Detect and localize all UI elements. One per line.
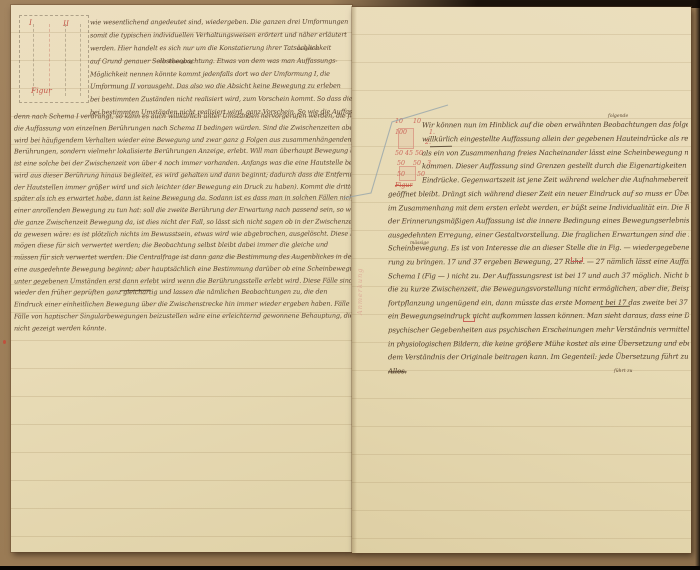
- handwritten-line: später als ich es erwartet habe, dann is…: [14, 193, 351, 206]
- manuscript-photo: I II Figur wie wesentlichend angedeutet …: [0, 0, 700, 570]
- handwritten-line: ein Bewegungseindruck nicht aufkommen la…: [388, 310, 689, 324]
- handwritten-line: dem Verständnis der Originale beitragen …: [388, 351, 689, 365]
- handwritten-line: der Erinnerungsmäßigen Auffassung ist di…: [388, 215, 689, 229]
- handwritten-line: geöffnet bleibt. Drängt sich während die…: [388, 188, 689, 202]
- handwritten-line: ist eine solche bei der Zwischenzeit von…: [14, 158, 351, 171]
- left-page-body-text: denn nach Schema I verdrängt, so kann es…: [14, 111, 351, 334]
- handwritten-line: wieder den früher geprüften ganz gleicha…: [14, 287, 351, 300]
- interline-insertion: folgende: [608, 114, 628, 119]
- handwritten-line: auf Grund genauer Selbstbeobachtung. Etw…: [90, 54, 353, 68]
- vertical-margin-note: Anmerkung: [356, 230, 364, 315]
- right-page: 10 10100 1. 2.50 45 50 50 50 3. 50 50Fig…: [352, 7, 691, 553]
- handwritten-line: fortpflanzung ungenügend ein, dann müsst…: [388, 296, 689, 310]
- handwritten-line: ausgedehnten Erregung, einer Gestaltvors…: [388, 228, 689, 242]
- right-edge-shadow: [695, 0, 700, 570]
- handwritten-line: kommen. Dieser Auffassung sind Grenzen g…: [422, 160, 688, 174]
- handwritten-line: somit die typischen individuellen Verhal…: [90, 29, 353, 43]
- sketch-line: [80, 24, 81, 96]
- handwritten-line: die ganze Zwischenzeit Bewegung da, ist …: [14, 216, 351, 229]
- handwritten-line: wird aus dieser Berührung hinaus begleit…: [14, 169, 351, 182]
- handwritten-line: Alles.: [388, 364, 689, 378]
- handwritten-line: willkürlich eingestellte Auffassung alle…: [422, 132, 688, 146]
- figure-label-I: I: [29, 18, 32, 27]
- handwritten-line: im Zusammenhang mit dem ersten erlebt we…: [388, 201, 689, 215]
- right-page-body-text: geöffnet bleibt. Drängt sich während die…: [388, 188, 689, 378]
- red-figure-slot-mark: [571, 257, 583, 262]
- handwritten-line: nicht gezeigt werden könnte.: [14, 322, 351, 335]
- handwritten-line: Umformung II vorausgeht. Das also wo die…: [90, 80, 353, 94]
- pencil-figure-sketch: I II Figur: [19, 15, 89, 103]
- handwritten-line: Schema I (Fig — ) nicht zu. Der Auffassu…: [388, 269, 689, 283]
- interline-insertion: ausgelöst: [297, 47, 319, 52]
- handwritten-line: in physiologischen Bildern, die keine gr…: [388, 337, 689, 351]
- handwritten-line: als ein von Zusammenhang freies Nacheina…: [422, 146, 688, 160]
- handwritten-line: Fälle von haptischer Singularbewegungen …: [14, 310, 351, 323]
- handwritten-line: einer anrollenden Bewegung zu tun hat: s…: [14, 205, 351, 218]
- left-page-indented-text: wie wesentlichend angedeutet sind, wiede…: [90, 16, 353, 119]
- figure-label-II: II: [63, 19, 69, 28]
- red-figure-slot-mark: [463, 317, 475, 322]
- sketch-line: [65, 24, 66, 96]
- figure-caption: Figur: [31, 86, 52, 95]
- handwritten-line: die Auffassung von einzelnen Berührungen…: [14, 122, 351, 135]
- red-ink-speck: [3, 340, 6, 344]
- handwritten-line: Wir können nun im Hinblick auf die oben …: [422, 119, 688, 133]
- handwritten-line: bei bestimmten Zuständen nicht realisier…: [90, 93, 353, 107]
- handwritten-line: wie wesentlichend angedeutet sind, wiede…: [90, 16, 353, 30]
- bottom-edge-black-band: [0, 566, 700, 570]
- handwritten-line: Eindrücke. Gegenwartszeit ist jene Zeit …: [422, 174, 688, 188]
- handwritten-line: die zu kurze Zwischenzeit, die Bewegungs…: [388, 283, 689, 297]
- handwritten-line: Eindruck einer einheitlichen Bewegung üb…: [14, 299, 351, 312]
- handwritten-line: rung zu bringen. 17 und 37 ergeben Beweg…: [388, 256, 689, 270]
- handwritten-line: Scheinbewegung. Es ist von Interesse die…: [388, 242, 689, 256]
- handwritten-line: psychischer Gegebenheiten aus psychische…: [388, 324, 689, 338]
- handwritten-line: denn nach Schema I verdrängt, so kann es…: [14, 111, 351, 124]
- interline-insertion: der Bewegung: [159, 60, 193, 65]
- interline-insertion: führt zu: [614, 369, 633, 374]
- handwritten-line: Berührungen, sondern vielmehr lokalisier…: [14, 146, 351, 159]
- right-page-indented-text: Wir können nun im Hinblick auf die oben …: [422, 119, 688, 188]
- left-page: I II Figur wie wesentlichend angedeutet …: [11, 5, 352, 552]
- handwritten-line: mögen diese für sich verwertet werden; d…: [14, 240, 351, 253]
- handwritten-line: müssen für sich verwertet werden. Die Ce…: [14, 252, 351, 265]
- handwritten-line: Möglichkeit nennen könnte kommt jedenfal…: [90, 67, 353, 81]
- interline-insertion: mässige: [410, 241, 429, 246]
- handwritten-line: eine ausgedehnte Bewegung beginnt; aber …: [14, 263, 351, 276]
